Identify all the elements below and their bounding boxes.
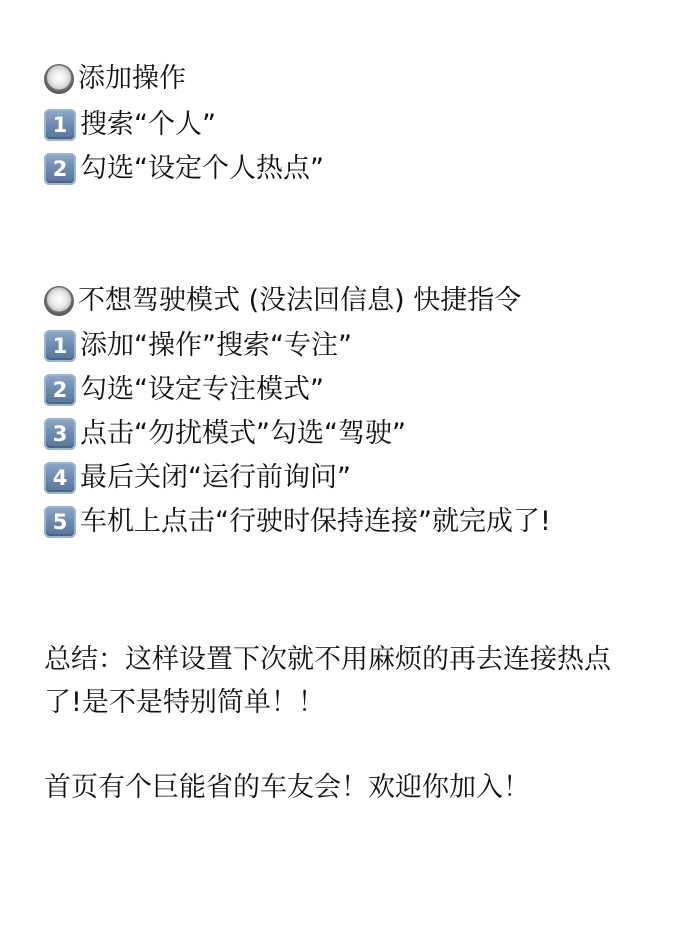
keycap-1-icon: 1 xyxy=(44,109,76,141)
keycap-1-icon: 1 xyxy=(44,330,76,362)
step-text: 勾选“设定专注模式” xyxy=(80,372,324,408)
step-text: 勾选“设定个人热点” xyxy=(80,151,324,187)
section-2-step-2: 2 勾选“设定专注模式” xyxy=(44,372,324,408)
radio-button-icon xyxy=(44,286,74,316)
keycap-4-icon: 4 xyxy=(44,462,76,494)
summary-line-1: 总结：这样设置下次就不用麻烦的再去连接热点 xyxy=(44,638,611,682)
summary-line-2: 了!是不是特别简单！！ xyxy=(44,681,325,725)
section-2-step-5: 5 车机上点击“行驶时保持连接”就完成了! xyxy=(44,504,551,540)
footer-text: 首页有个巨能省的车友会！欢迎你加入！ xyxy=(44,766,530,810)
step-text: 最后关闭“运行前询问” xyxy=(80,460,351,496)
step-text: 添加“操作”搜索“专注” xyxy=(80,328,352,364)
keycap-2-icon: 2 xyxy=(44,153,76,185)
radio-button-icon xyxy=(44,64,74,94)
keycap-5-icon: 5 xyxy=(44,506,76,538)
section-1-step-1: 1 搜索“个人” xyxy=(44,107,216,143)
keycap-2-icon: 2 xyxy=(44,374,76,406)
section-1-heading: 添加操作 xyxy=(44,61,186,97)
step-text: 搜索“个人” xyxy=(80,107,216,143)
section-2-title: 不想驾驶模式 (没法回信息) 快捷指令 xyxy=(78,283,521,319)
keycap-3-icon: 3 xyxy=(44,418,76,450)
step-text: 点击“勿扰模式”勾选“驾驶” xyxy=(80,416,406,452)
step-text: 车机上点击“行驶时保持连接”就完成了! xyxy=(80,504,551,540)
section-2-step-4: 4 最后关闭“运行前询问” xyxy=(44,460,351,496)
section-1-step-2: 2 勾选“设定个人热点” xyxy=(44,151,324,187)
section-2-step-1: 1 添加“操作”搜索“专注” xyxy=(44,328,352,364)
section-2-step-3: 3 点击“勿扰模式”勾选“驾驶” xyxy=(44,416,406,452)
section-2-heading: 不想驾驶模式 (没法回信息) 快捷指令 xyxy=(44,283,521,319)
section-1-title: 添加操作 xyxy=(78,61,186,97)
